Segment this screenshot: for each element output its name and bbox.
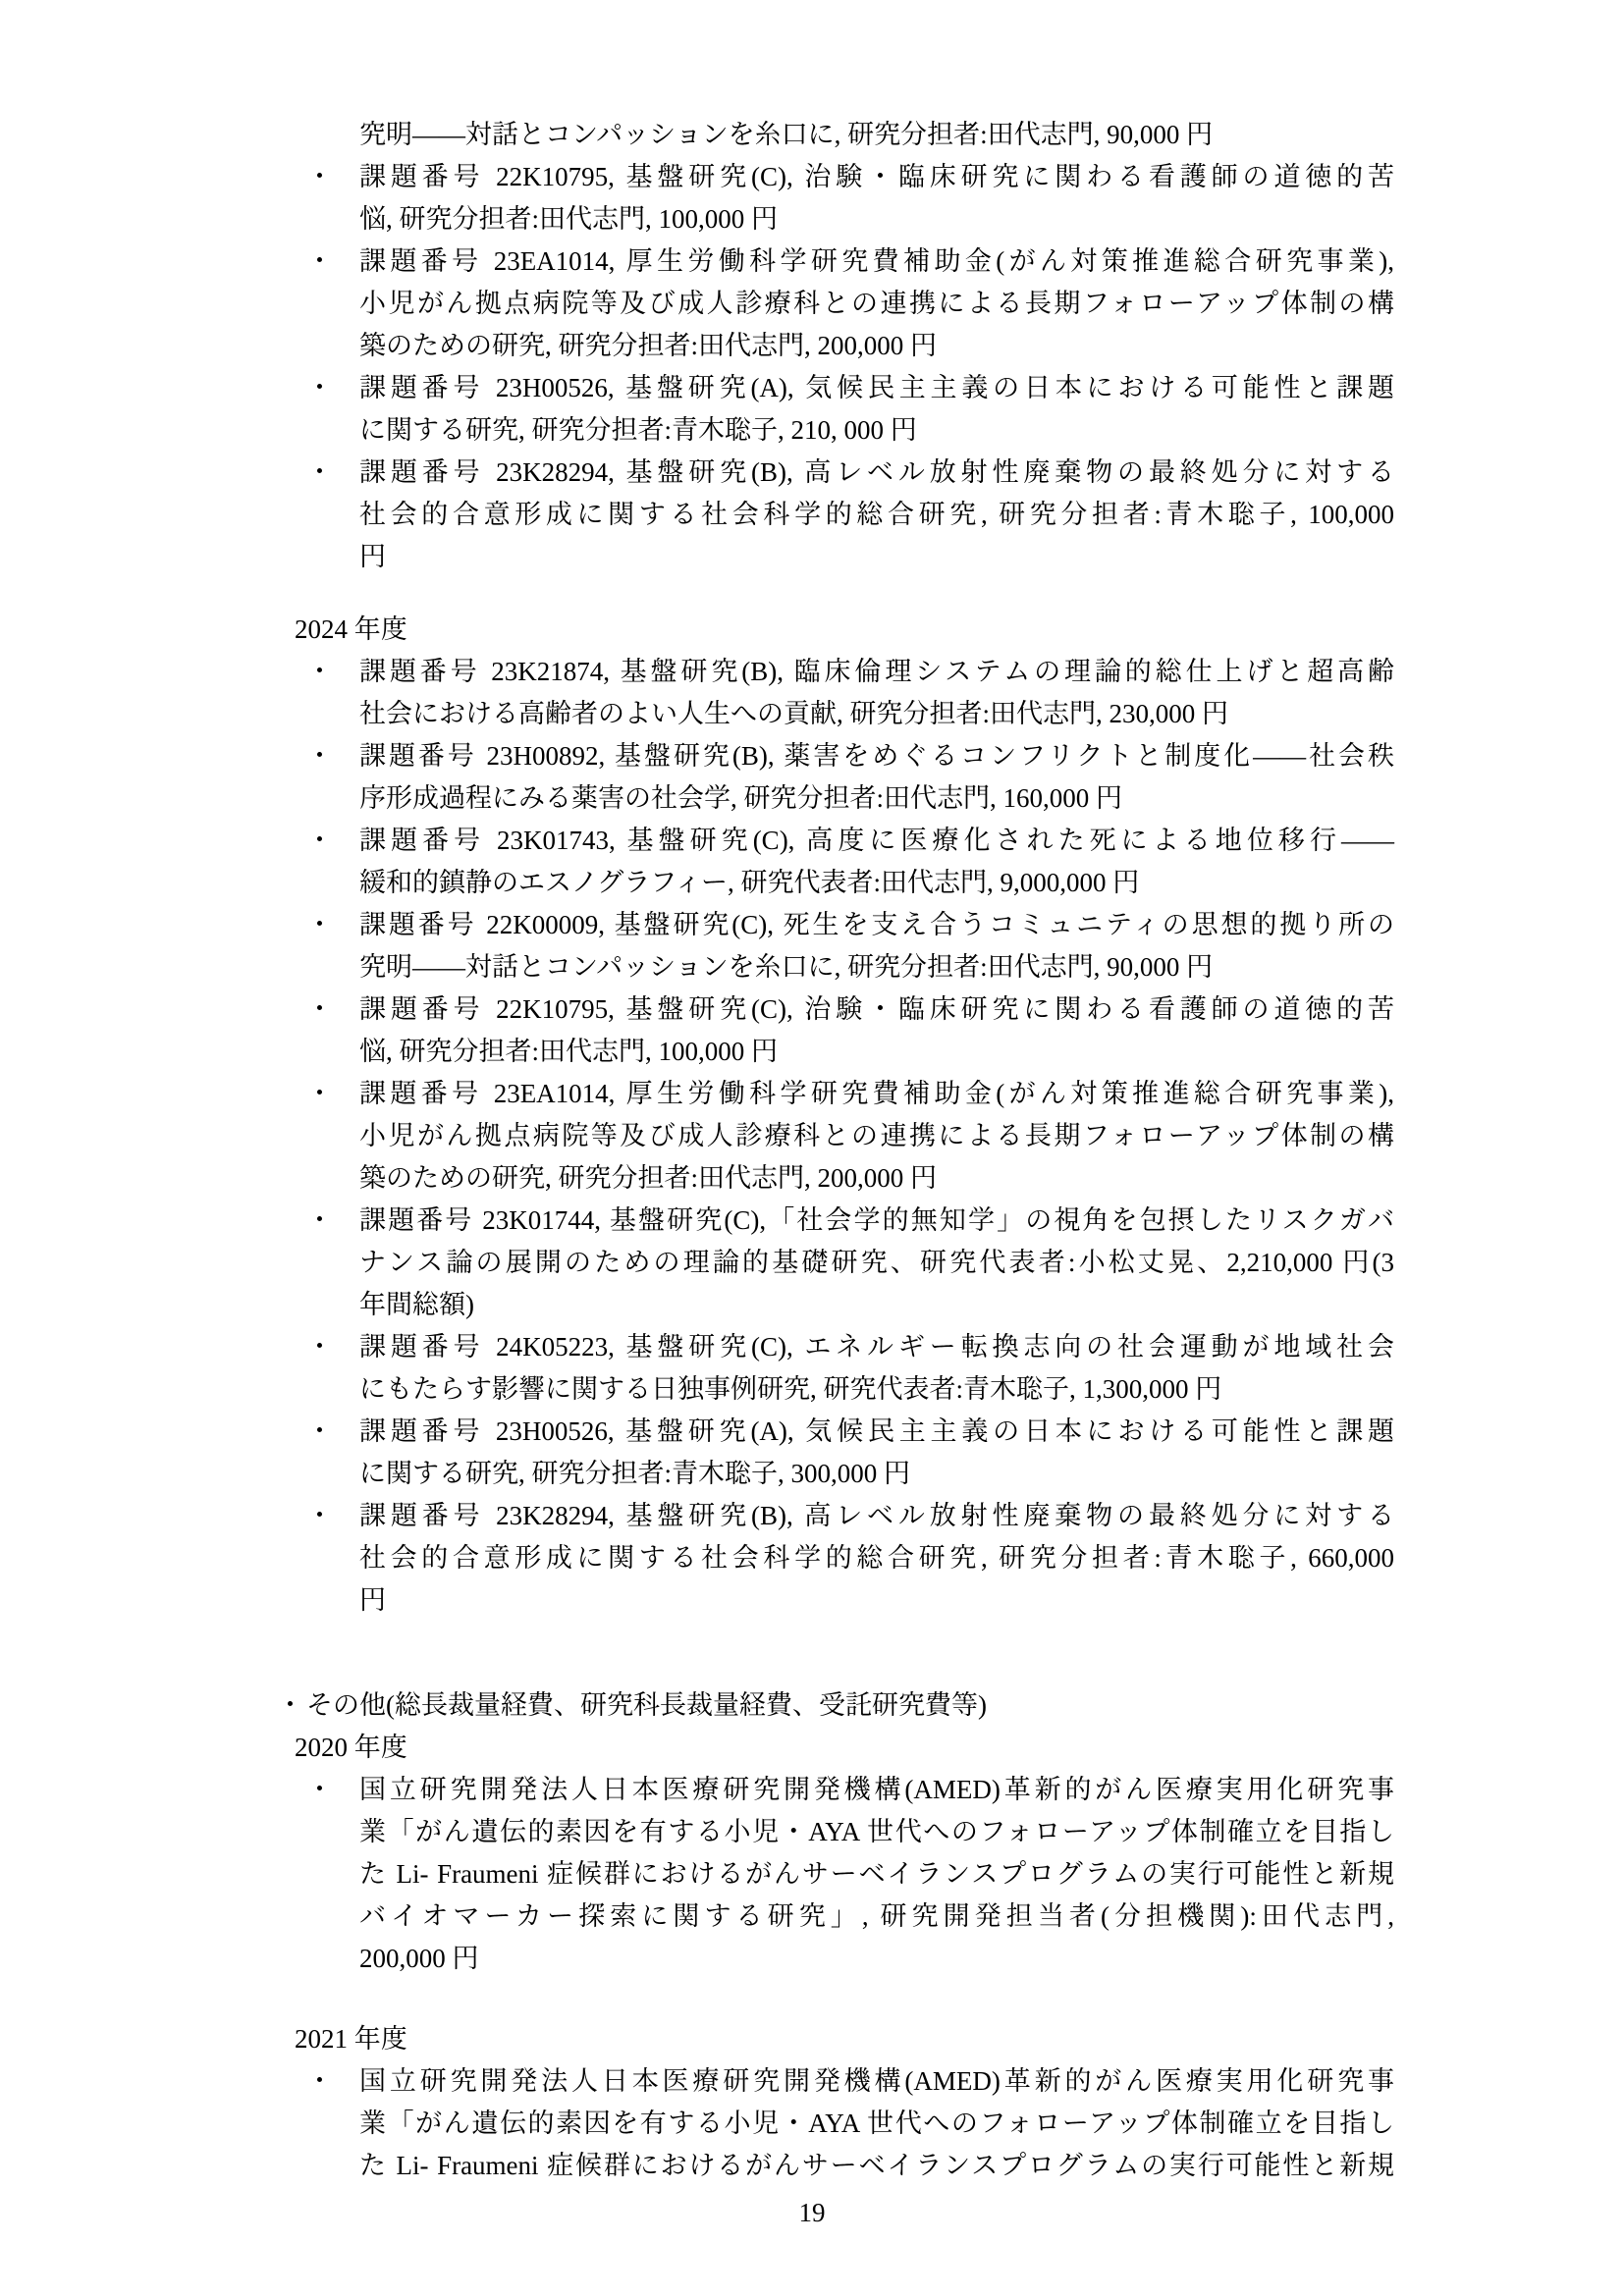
grant-item: ・課題番号 23EA1014, 厚生労働科学研究費補助金(がん対策推進総合研究事… [359,1073,1394,1200]
page-number: 19 [0,2192,1624,2234]
grant-item: ・国立研究開発法人日本医療研究開発機構(AMED)革新的がん医療実用化研究事業「… [359,1769,1394,1980]
text-line: 課題番号 22K10795, 基盤研究(C), 治験・臨床研究に関わる看護師の道… [359,156,1394,198]
text-line: 課題番号 23EA1014, 厚生労働科学研究費補助金(がん対策推進総合研究事業… [359,240,1394,283]
grant-item: ・課題番号 22K00009, 基盤研究(C), 死生を支え合うコミュニティの思… [359,904,1394,988]
other-funds-section: ・その他(総長裁量経費、研究科長裁量経費、受託研究費等) 2020 年度 ・国立… [0,1684,1624,1980]
list-bullet-icon: ・ [306,651,333,693]
grant-list-fy2020: ・国立研究開発法人日本医療研究開発機構(AMED)革新的がん医療実用化研究事業「… [0,1769,1624,1980]
text-line: ナンス論の展開のための理論的基礎研究、研究代表者:小松丈晃、2,210,000 … [359,1242,1394,1284]
text-line: に関する研究, 研究分担者:青木聡子, 210, 000 円 [359,409,1394,452]
text-line: 社会における高齢者のよい人生への貢献, 研究分担者:田代志門, 230,000 … [359,693,1394,735]
text-line: 課題番号 23H00526, 基盤研究(A), 気候民主主義の日本における可能性… [359,1411,1394,1453]
list-bullet-icon: ・ [277,1684,303,1727]
grant-item: ・課題番号 23H00892, 基盤研究(B), 薬害をめぐるコンフリクトと制度… [359,735,1394,820]
text-line: 小児がん拠点病院等及び成人診療科との連携による長期フォローアップ体制の構 [359,283,1394,325]
fy2023-continuation-section: 究明——対話とコンパッションを糸口に, 研究分担者:田代志門, 90,000 円… [0,114,1624,578]
text-line: 課題番号 23H00892, 基盤研究(B), 薬害をめぐるコンフリクトと制度化… [359,735,1394,777]
list-bullet-icon: ・ [306,2060,333,2103]
list-bullet-icon: ・ [306,1495,333,1537]
list-bullet-icon: ・ [306,904,333,946]
grant-item: ・課題番号 22K10795, 基盤研究(C), 治験・臨床研究に関わる看護師の… [359,988,1394,1073]
text-line: 業「がん遺伝的素因を有する小児・AYA 世代へのフォローアップ体制確立を目指し [359,2103,1394,2145]
text-line: 究明——対話とコンパッションを糸口に, 研究分担者:田代志門, 90,000 円 [359,114,1394,156]
text-line: た Li- Fraumeni 症候群におけるがんサーベイランスプログラムの実行可… [359,1853,1394,1896]
grant-item: ・課題番号 23K01743, 基盤研究(C), 高度に医療化された死による地位… [359,820,1394,904]
other-funds-heading-text: その他(総長裁量経費、研究科長裁量経費、受託研究費等) [306,1690,987,1720]
grant-item: ・課題番号 23K28294, 基盤研究(B), 高レベル放射性廃棄物の最終処分… [359,1495,1394,1622]
grant-item: 究明——対話とコンパッションを糸口に, 研究分担者:田代志門, 90,000 円 [359,114,1394,156]
text-line: 円 [359,1579,1394,1622]
other-funds-heading-item: ・その他(総長裁量経費、研究科長裁量経費、受託研究費等) [306,1684,1624,1727]
list-bullet-icon: ・ [306,156,333,198]
text-line: 課題番号 22K10795, 基盤研究(C), 治験・臨床研究に関わる看護師の道… [359,988,1394,1031]
text-line: 社会的合意形成に関する社会科学的総合研究, 研究分担者:青木聡子, 660,00… [359,1537,1394,1579]
text-line: 築のための研究, 研究分担者:田代志門, 200,000 円 [359,325,1394,367]
document-page: 究明——対話とコンパッションを糸口に, 研究分担者:田代志門, 90,000 円… [0,0,1624,2296]
list-bullet-icon: ・ [306,820,333,862]
text-line: 課題番号 22K00009, 基盤研究(C), 死生を支え合うコミュニティの思想… [359,904,1394,946]
grant-item: ・課題番号 22K10795, 基盤研究(C), 治験・臨床研究に関わる看護師の… [359,156,1394,240]
text-line: に関する研究, 研究分担者:青木聡子, 300,000 円 [359,1453,1394,1495]
grant-item: ・課題番号 23K28294, 基盤研究(B), 高レベル放射性廃棄物の最終処分… [359,452,1394,578]
fy2020-year-heading: 2020 年度 [295,1727,1624,1769]
grant-item: ・課題番号 24K05223, 基盤研究(C), エネルギー転換志向の社会運動が… [359,1326,1394,1411]
list-bullet-icon: ・ [306,1073,333,1115]
list-bullet-icon: ・ [306,452,333,494]
grant-list-fy2023-continuation: 究明——対話とコンパッションを糸口に, 研究分担者:田代志門, 90,000 円… [0,114,1624,578]
grant-list-fy2021: ・国立研究開発法人日本医療研究開発機構(AMED)革新的がん医療実用化研究事業「… [0,2060,1624,2187]
text-line: 課題番号 23H00526, 基盤研究(A), 気候民主主義の日本における可能性… [359,367,1394,409]
text-line: 課題番号 23K01744, 基盤研究(C),「社会学的無知学」の視角を包摂した… [359,1200,1394,1242]
grant-item: ・課題番号 23H00526, 基盤研究(A), 気候民主主義の日本における可能… [359,367,1394,452]
text-line: 悩, 研究分担者:田代志門, 100,000 円 [359,198,1394,240]
list-bullet-icon: ・ [306,1326,333,1368]
text-line: 年間総額) [359,1284,1394,1326]
grant-item: ・課題番号 23H00526, 基盤研究(A), 気候民主主義の日本における可能… [359,1411,1394,1495]
text-line: 国立研究開発法人日本医療研究開発機構(AMED)革新的がん医療実用化研究事 [359,1769,1394,1811]
text-line: バイオマーカー探索に関する研究」, 研究開発担当者(分担機関):田代志門, [359,1896,1394,1938]
text-line: 課題番号 23K28294, 基盤研究(B), 高レベル放射性廃棄物の最終処分に… [359,1495,1394,1537]
fy2024-section: 2024 年度 ・課題番号 23K21874, 基盤研究(B), 臨床倫理システ… [0,609,1624,1622]
fy2024-year-heading: 2024 年度 [295,609,1624,651]
text-line: 究明——対話とコンパッションを糸口に, 研究分担者:田代志門, 90,000 円 [359,946,1394,988]
text-line: 課題番号 23K21874, 基盤研究(B), 臨床倫理システムの理論的総仕上げ… [359,651,1394,693]
text-line: 緩和的鎮静のエスノグラフィー, 研究代表者:田代志門, 9,000,000 円 [359,862,1394,904]
list-bullet-icon: ・ [306,1200,333,1242]
text-line: 国立研究開発法人日本医療研究開発機構(AMED)革新的がん医療実用化研究事 [359,2060,1394,2103]
grant-item: ・国立研究開発法人日本医療研究開発機構(AMED)革新的がん医療実用化研究事業「… [359,2060,1394,2187]
text-line: 業「がん遺伝的素因を有する小児・AYA 世代へのフォローアップ体制確立を目指し [359,1811,1394,1853]
list-bullet-icon: ・ [306,1411,333,1453]
fy2021-section: 2021 年度 ・国立研究開発法人日本医療研究開発機構(AMED)革新的がん医療… [0,2018,1624,2187]
list-bullet-icon: ・ [306,735,333,777]
fy2021-year-heading: 2021 年度 [295,2018,1624,2060]
text-line: 小児がん拠点病院等及び成人診療科との連携による長期フォローアップ体制の構 [359,1115,1394,1157]
text-line: にもたらす影響に関する日独事例研究, 研究代表者:青木聡子, 1,300,000… [359,1368,1394,1411]
grant-item: ・課題番号 23K01744, 基盤研究(C),「社会学的無知学」の視角を包摂し… [359,1200,1394,1326]
text-line: 課題番号 23K01743, 基盤研究(C), 高度に医療化された死による地位移… [359,820,1394,862]
grant-item: ・課題番号 23EA1014, 厚生労働科学研究費補助金(がん対策推進総合研究事… [359,240,1394,367]
list-bullet-icon: ・ [306,1769,333,1811]
list-bullet-icon: ・ [306,988,333,1031]
text-line: 課題番号 24K05223, 基盤研究(C), エネルギー転換志向の社会運動が地… [359,1326,1394,1368]
grant-list-fy2024: ・課題番号 23K21874, 基盤研究(B), 臨床倫理システムの理論的総仕上… [0,651,1624,1622]
grant-item: ・課題番号 23K21874, 基盤研究(B), 臨床倫理システムの理論的総仕上… [359,651,1394,735]
text-line: 悩, 研究分担者:田代志門, 100,000 円 [359,1031,1394,1073]
text-line: た Li- Fraumeni 症候群におけるがんサーベイランスプログラムの実行可… [359,2145,1394,2187]
list-bullet-icon: ・ [306,367,333,409]
text-line: 築のための研究, 研究分担者:田代志門, 200,000 円 [359,1157,1394,1200]
list-bullet-icon: ・ [306,240,333,283]
text-line: 課題番号 23K28294, 基盤研究(B), 高レベル放射性廃棄物の最終処分に… [359,452,1394,494]
text-line: 課題番号 23EA1014, 厚生労働科学研究費補助金(がん対策推進総合研究事業… [359,1073,1394,1115]
text-line: 円 [359,536,1394,578]
text-line: 200,000 円 [359,1938,1394,1980]
text-line: 社会的合意形成に関する社会科学的総合研究, 研究分担者:青木聡子, 100,00… [359,494,1394,536]
text-line: 序形成過程にみる薬害の社会学, 研究分担者:田代志門, 160,000 円 [359,777,1394,820]
